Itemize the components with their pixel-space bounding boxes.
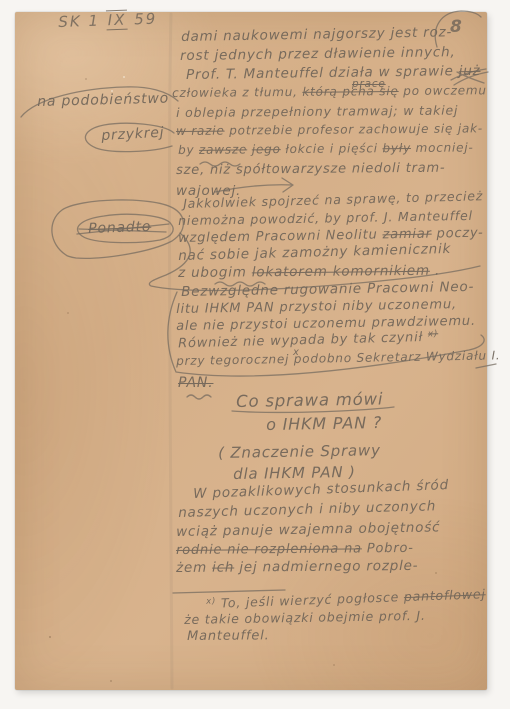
date-prefix: SK 1 <box>58 11 107 31</box>
text-segment: człowieka z tłumu, <box>172 85 302 100</box>
date-annotation: SK 1 IX 59 <box>58 10 158 31</box>
handwritten-line: by zawsze jego łokcie i pięści były mocn… <box>178 140 474 157</box>
struck-text-segment: zawsze <box>199 142 247 156</box>
text-segment: i oblepia przepełniony tramwaj; w takiej <box>176 103 458 120</box>
struck-text-segment: były <box>382 141 411 155</box>
text-segment: sze, niż spółtowarzysze niedoli tram- <box>176 161 446 178</box>
struck-text-segment: pantoflowej <box>404 586 486 604</box>
insertion-note: pracę <box>352 78 386 90</box>
text-segment: po owczemu <box>399 83 487 98</box>
struck-text-segment: x) <box>428 329 439 339</box>
text-segment: x) <box>206 596 216 606</box>
insertion-note: x <box>293 347 300 358</box>
text-segment: by <box>178 143 199 157</box>
struck-text-segment: ich <box>212 559 234 575</box>
handwritten-line: człowieka z tłumu, którą pcha się po owc… <box>172 83 487 100</box>
text-segment: jej nadmiernego rozple- <box>234 558 418 576</box>
paper-texture <box>15 12 17 14</box>
handwritten-line: z ubogim lokatorem komornikiem . <box>178 263 440 281</box>
text-segment: żem <box>176 560 212 576</box>
handwritten-line: Co sprawa mówi <box>236 389 383 411</box>
footnote-line: Manteuffel. <box>187 628 270 644</box>
struck-text-segment: w razie <box>176 124 225 138</box>
date-month-roman: IX <box>106 10 127 31</box>
struck-text-segment: Ponadto <box>88 219 152 237</box>
scanned-document: SK 1 IX 59 8 dami naukowemi najgorszy je… <box>0 0 510 709</box>
handwritten-line: PAN. <box>178 375 213 391</box>
struck-text-segment: zamiar <box>382 227 431 243</box>
margin-note: przykrej <box>101 125 165 144</box>
date-year: 59 <box>127 10 157 29</box>
text-segment: z ubogim <box>178 264 252 281</box>
margin-note: Ponadto <box>88 219 152 237</box>
handwritten-line: i oblepia przepełniony tramwaj; w takiej <box>176 103 458 120</box>
text-segment: łokcie i pięści <box>281 141 383 156</box>
struck-text-segment: jego <box>252 142 281 156</box>
text-segment: ( Znaczenie Sprawy <box>218 441 381 462</box>
handwritten-line: rodnie nie rozpleniona na Pobro- <box>176 541 414 558</box>
handwritten-line: ( Znaczenie Sprawy <box>218 441 381 462</box>
struck-text-segment: pracę <box>352 78 386 90</box>
text-segment: x <box>293 347 300 358</box>
text-segment: poczy- <box>432 226 484 242</box>
struck-text-segment: rodnie nie rozpleniona na <box>176 541 362 558</box>
text-segment: Co sprawa mówi <box>236 389 383 411</box>
text-segment: przykrej <box>101 125 165 144</box>
handwritten-line: sze, niż spółtowarzysze niedoli tram- <box>176 161 446 178</box>
text-segment: mocniej- <box>411 140 474 155</box>
handwritten-line: o IHKM PAN ? <box>266 413 382 434</box>
text-segment: o IHKM PAN ? <box>266 413 382 434</box>
struck-text-segment: PAN. <box>178 375 213 391</box>
handwritten-line: w razie potrzebie profesor zachowuje się… <box>176 121 483 138</box>
handwritten-line: żem ich jej nadmiernego rozple- <box>176 558 418 576</box>
text-segment: Manteuffel. <box>187 628 270 644</box>
text-segment: potrzebie profesor zachowuje się jak- <box>225 121 484 137</box>
text-segment: . <box>430 263 440 279</box>
struck-text-segment: już <box>459 63 481 79</box>
struck-text-segment: lokatorem komornikiem <box>252 263 430 281</box>
text-segment: Pobro- <box>362 541 414 556</box>
